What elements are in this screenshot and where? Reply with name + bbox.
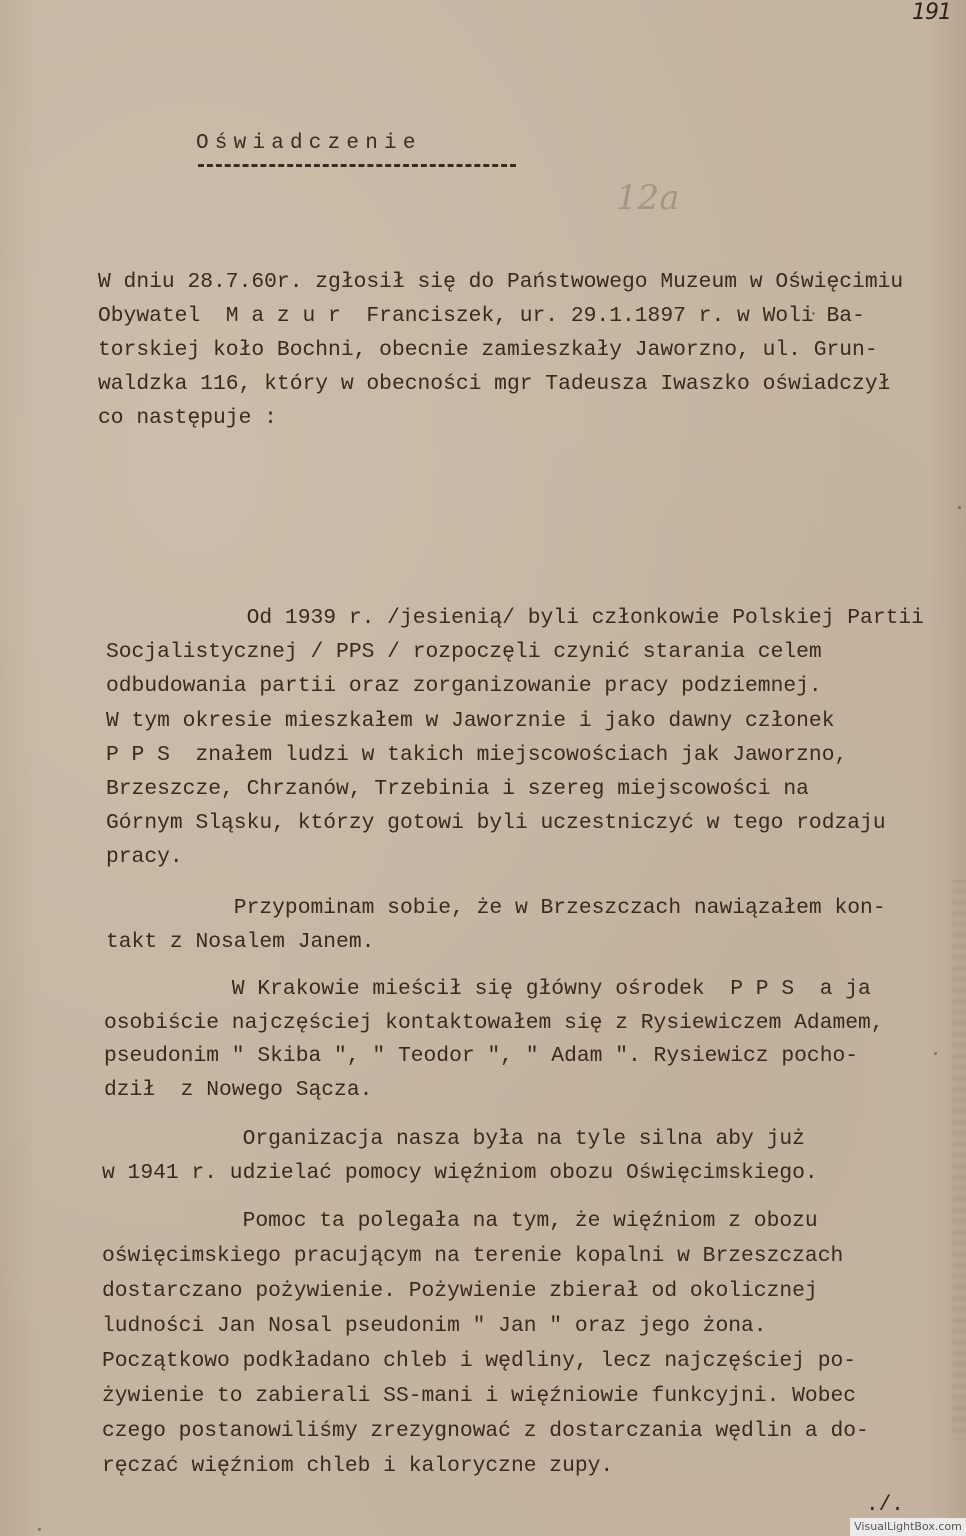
text-line: żywienie to zabierali SS-mani i więźniow… xyxy=(102,1379,869,1414)
text-line: W tym okresie mieszkałem w Jaworznie i j… xyxy=(106,704,924,738)
paper-speck xyxy=(38,1528,41,1531)
text-line: osobiście najczęściej kontaktowałem się … xyxy=(104,1007,884,1041)
text-line: oświęcimskiego pracującym na terenie kop… xyxy=(102,1239,869,1274)
text-line: Początkowo podkładano chleb i wędliny, l… xyxy=(102,1344,869,1379)
text-line: Pomoc ta polegała na tym, że więźniom z … xyxy=(102,1204,869,1239)
text-line: Socjalistycznej / PPS / rozpoczęli czyni… xyxy=(106,635,924,669)
text-line: pseudonim " Skiba ", " Teodor ", " Adam … xyxy=(104,1040,884,1074)
paragraph-aid-description: Pomoc ta polegała na tym, że więźniom z … xyxy=(102,1204,869,1484)
text-line: P P S znałem ludzi w takich miejscowości… xyxy=(106,738,924,772)
text-line: co następuje : xyxy=(98,401,903,435)
document-title: Oświadczenie xyxy=(196,132,422,155)
text-line: W Krakowie mieścił się główny ośrodek P … xyxy=(104,973,884,1007)
text-line: pracy. xyxy=(106,840,924,874)
text-line: Brzeszcze, Chrzanów, Trzebinia i szereg … xyxy=(106,772,924,806)
text-line: waldzka 116, który w obecności mgr Tadeu… xyxy=(98,367,903,401)
text-line: Organizacja nasza była na tyle silna aby… xyxy=(102,1122,818,1156)
text-line: odbudowania partii oraz zorganizowanie p… xyxy=(106,669,924,703)
intro-paragraph: W dniu 28.7.60r. zgłosił się do Państwow… xyxy=(98,265,903,435)
text-line: dził z Nowego Sącza. xyxy=(104,1074,884,1108)
page-number: 191 xyxy=(912,0,951,25)
continuation-mark: ./. xyxy=(866,1494,904,1517)
paragraph-krakow-center: W Krakowie mieścił się główny ośrodek P … xyxy=(104,973,884,1107)
text-line: Od 1939 r. /jesienią/ byli członkowie Po… xyxy=(106,601,924,635)
paragraph-brzeszcze-contact: Przypominam sobie, że w Brzeszczach nawi… xyxy=(106,892,886,959)
watermark: VisualLightBox.com xyxy=(850,1518,966,1536)
text-line: Przypominam sobie, że w Brzeszczach nawi… xyxy=(106,892,886,926)
paragraph-pps-reconstruction: Od 1939 r. /jesienią/ byli członkowie Po… xyxy=(106,601,924,875)
paragraph-organization-strength: Organizacja nasza była na tyle silna aby… xyxy=(102,1122,818,1190)
paper-speck xyxy=(934,1052,937,1055)
text-line: Obywatel M a z u r Franciszek, ur. 29.1.… xyxy=(98,299,903,333)
paper-speck xyxy=(958,506,961,509)
title-underline xyxy=(198,164,516,167)
text-line: czego postanowiliśmy zrezygnować z dosta… xyxy=(102,1414,869,1449)
text-line: dostarczano pożywienie. Pożywienie zbier… xyxy=(102,1274,869,1309)
paper-speck xyxy=(812,312,815,315)
text-line: ludności Jan Nosal pseudonim " Jan " ora… xyxy=(102,1309,869,1344)
text-line: torskiej koło Bochni, obecnie zamieszkał… xyxy=(98,333,903,367)
text-line: ręczać więźniom chleb i kaloryczne zupy. xyxy=(102,1449,869,1484)
text-line: Górnym Sląsku, którzy gotowi byli uczest… xyxy=(106,806,924,840)
handwritten-annotation: 12a xyxy=(616,178,680,218)
text-line: w 1941 r. udzielać pomocy więźniom obozu… xyxy=(102,1156,818,1190)
text-line: W dniu 28.7.60r. zgłosił się do Państwow… xyxy=(98,265,903,299)
paper-edge-stain xyxy=(952,880,966,1440)
text-line: takt z Nosalem Janem. xyxy=(106,926,886,960)
